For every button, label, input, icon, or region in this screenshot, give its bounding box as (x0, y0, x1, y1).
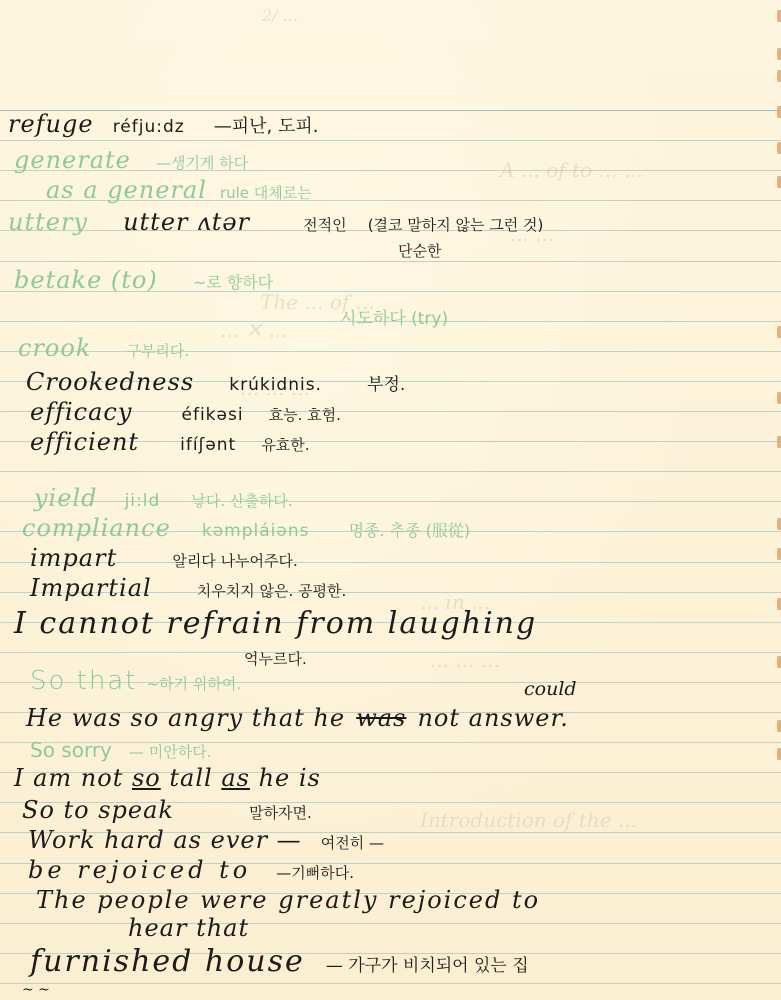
word: crook (18, 334, 91, 362)
entry-as-a-general: as a general rule 대체로는 (46, 176, 312, 204)
edge-mark (777, 176, 781, 188)
entry-so-sorry: So sorry — 미안하다. (30, 738, 211, 762)
entry-betake-gloss-2: 시도하다 (try) (340, 304, 448, 329)
entry-work-hard: Work hard as ever — 여전히 — (28, 826, 384, 854)
edge-mark (777, 748, 781, 760)
word: betake (to) (14, 266, 158, 294)
word: refuge (8, 110, 94, 138)
entry-people-rejoiced-line-2: hear that (128, 914, 249, 942)
entry-utter: uttery utter ʌtər 전적인 (결코 말하지 않는 그런 것) (8, 208, 543, 236)
word: efficacy (30, 398, 132, 426)
edge-mark (777, 392, 781, 404)
entry-crook: crook 구부리다. (18, 334, 189, 362)
entry-so-that: So that ~하기 위하여. (30, 666, 241, 696)
text: he is (250, 764, 321, 792)
word: Crookedness (26, 368, 194, 396)
edge-mark (777, 48, 781, 60)
gloss: —기뻐하다. (276, 862, 354, 883)
entry-people-rejoiced-line-1: The people were greatly rejoiced to (36, 886, 540, 914)
pronunciation: éfikəsi (182, 405, 244, 425)
entry-furnished-house: furnished house — 가구가 비치되어 있는 집 (30, 944, 529, 979)
ruled-line (0, 983, 781, 984)
underlined-so: so (132, 764, 161, 792)
entry-compliance: compliance kəmpláiəns 명종. 추종 (服從) (22, 514, 470, 542)
struck-word: was (356, 704, 406, 732)
sentence-end: not answer. (417, 704, 568, 732)
edge-mark (777, 656, 781, 668)
gloss: 알리다 나누어주다. (172, 550, 297, 571)
pronunciation: kəmpláiəns (202, 521, 310, 541)
word: as a general (46, 176, 207, 204)
word: compliance (22, 514, 171, 542)
word: yield (34, 484, 97, 512)
word: generate (14, 146, 131, 174)
word: So that (30, 666, 137, 696)
entry-refrain-gloss: 억누르다. (244, 648, 307, 669)
word: impart (30, 544, 117, 572)
word: be rejoiced to (28, 856, 251, 884)
edge-mark (777, 548, 781, 560)
word: efficient (30, 428, 139, 456)
entry-crookedness: Crookedness krúkidnis. 부정. (26, 368, 405, 396)
edge-mark (777, 518, 781, 530)
entry-so-to-speak: So to speak 말하자면. (22, 796, 312, 824)
text: I am not (14, 764, 132, 792)
inserted-word: could (524, 678, 577, 700)
gloss: ~하기 위하여. (147, 673, 242, 694)
gloss-1: 전적인 (303, 214, 346, 235)
word: Impartial (30, 574, 152, 602)
gloss: — 미안하다. (129, 741, 212, 762)
edge-mark (777, 720, 781, 732)
ruled-line (0, 652, 781, 653)
ruled-line (0, 923, 781, 924)
pronunciation: réfju:dz (113, 117, 185, 137)
edge-mark (777, 70, 781, 82)
entry-impart: impart 알리다 나누어주다. (30, 544, 298, 572)
entry-refuge: refuge réfju:dz —피난, 도피. (8, 110, 319, 138)
entry-yield: yield ji:ld 낳다. 산출하다. (34, 484, 293, 512)
entry-impartial: Impartial 치우치지 않은. 공평한. (30, 574, 346, 602)
gloss: 효능. 효험. (269, 404, 341, 425)
entry-efficient: efficient ifíʃənt 유효한. (30, 428, 310, 456)
gloss: 치우치지 않은. 공평한. (197, 580, 346, 601)
gloss: 여전히 — (321, 832, 384, 853)
gloss: —피난, 도피. (214, 112, 319, 138)
gloss: 유효한. (261, 434, 309, 455)
word: So to speak (22, 796, 174, 824)
gloss: 부정. (367, 370, 405, 395)
note: (결코 말하지 않는 그런 것) (368, 214, 544, 235)
gloss: 낳다. 산출하다. (191, 490, 292, 511)
word: uttery (8, 208, 88, 236)
word: furnished house (30, 944, 305, 979)
ruled-line (0, 471, 781, 472)
edge-mark (777, 106, 781, 118)
edge-mark (777, 142, 781, 154)
gloss: — 가구가 비치되어 있는 집 (326, 951, 529, 976)
sentence-start: He was so angry that he (26, 704, 345, 732)
entry-utter-gloss-2: 단순한 (398, 240, 441, 261)
word: Work hard as ever — (28, 826, 302, 854)
cut-off-scribble: ~ ~ (22, 982, 50, 998)
entry-refrain: I cannot refrain from laughing (14, 606, 537, 641)
entry-not-so-tall: I am not so tall as he is (14, 764, 321, 792)
underlined-as: as (221, 764, 250, 792)
text: tall (161, 764, 222, 792)
entry-efficacy: efficacy éfikəsi 효능. 효험. (30, 398, 341, 426)
pronunciation: ji:ld (125, 491, 161, 511)
gloss: rule 대체로는 (220, 182, 312, 203)
gloss: 말하자면. (249, 802, 312, 823)
pronunciation: ifíʃənt (180, 435, 236, 455)
entry-rejoiced-to: be rejoiced to —기뻐하다. (28, 856, 354, 884)
entry-betake: betake (to) ~로 향하다 (14, 266, 273, 294)
pronunciation: utter ʌtər (123, 208, 250, 236)
edge-mark (777, 10, 781, 22)
gloss: 명종. 추종 (服從) (349, 518, 471, 541)
ruled-line (0, 261, 781, 262)
gloss-1: ~로 향하다 (193, 270, 273, 293)
pronunciation: krúkidnis. (229, 375, 322, 395)
entry-generate: generate —생기게 하다 (14, 146, 248, 174)
word: So sorry (30, 738, 112, 762)
entry-so-angry: He was so angry that he was not answer. (26, 704, 569, 732)
edge-mark (777, 436, 781, 448)
edge-mark (777, 326, 781, 338)
gloss: —생기게 하다 (156, 152, 248, 173)
ruled-line (0, 140, 781, 141)
edge-mark (777, 598, 781, 610)
gloss: 구부리다. (126, 340, 189, 361)
